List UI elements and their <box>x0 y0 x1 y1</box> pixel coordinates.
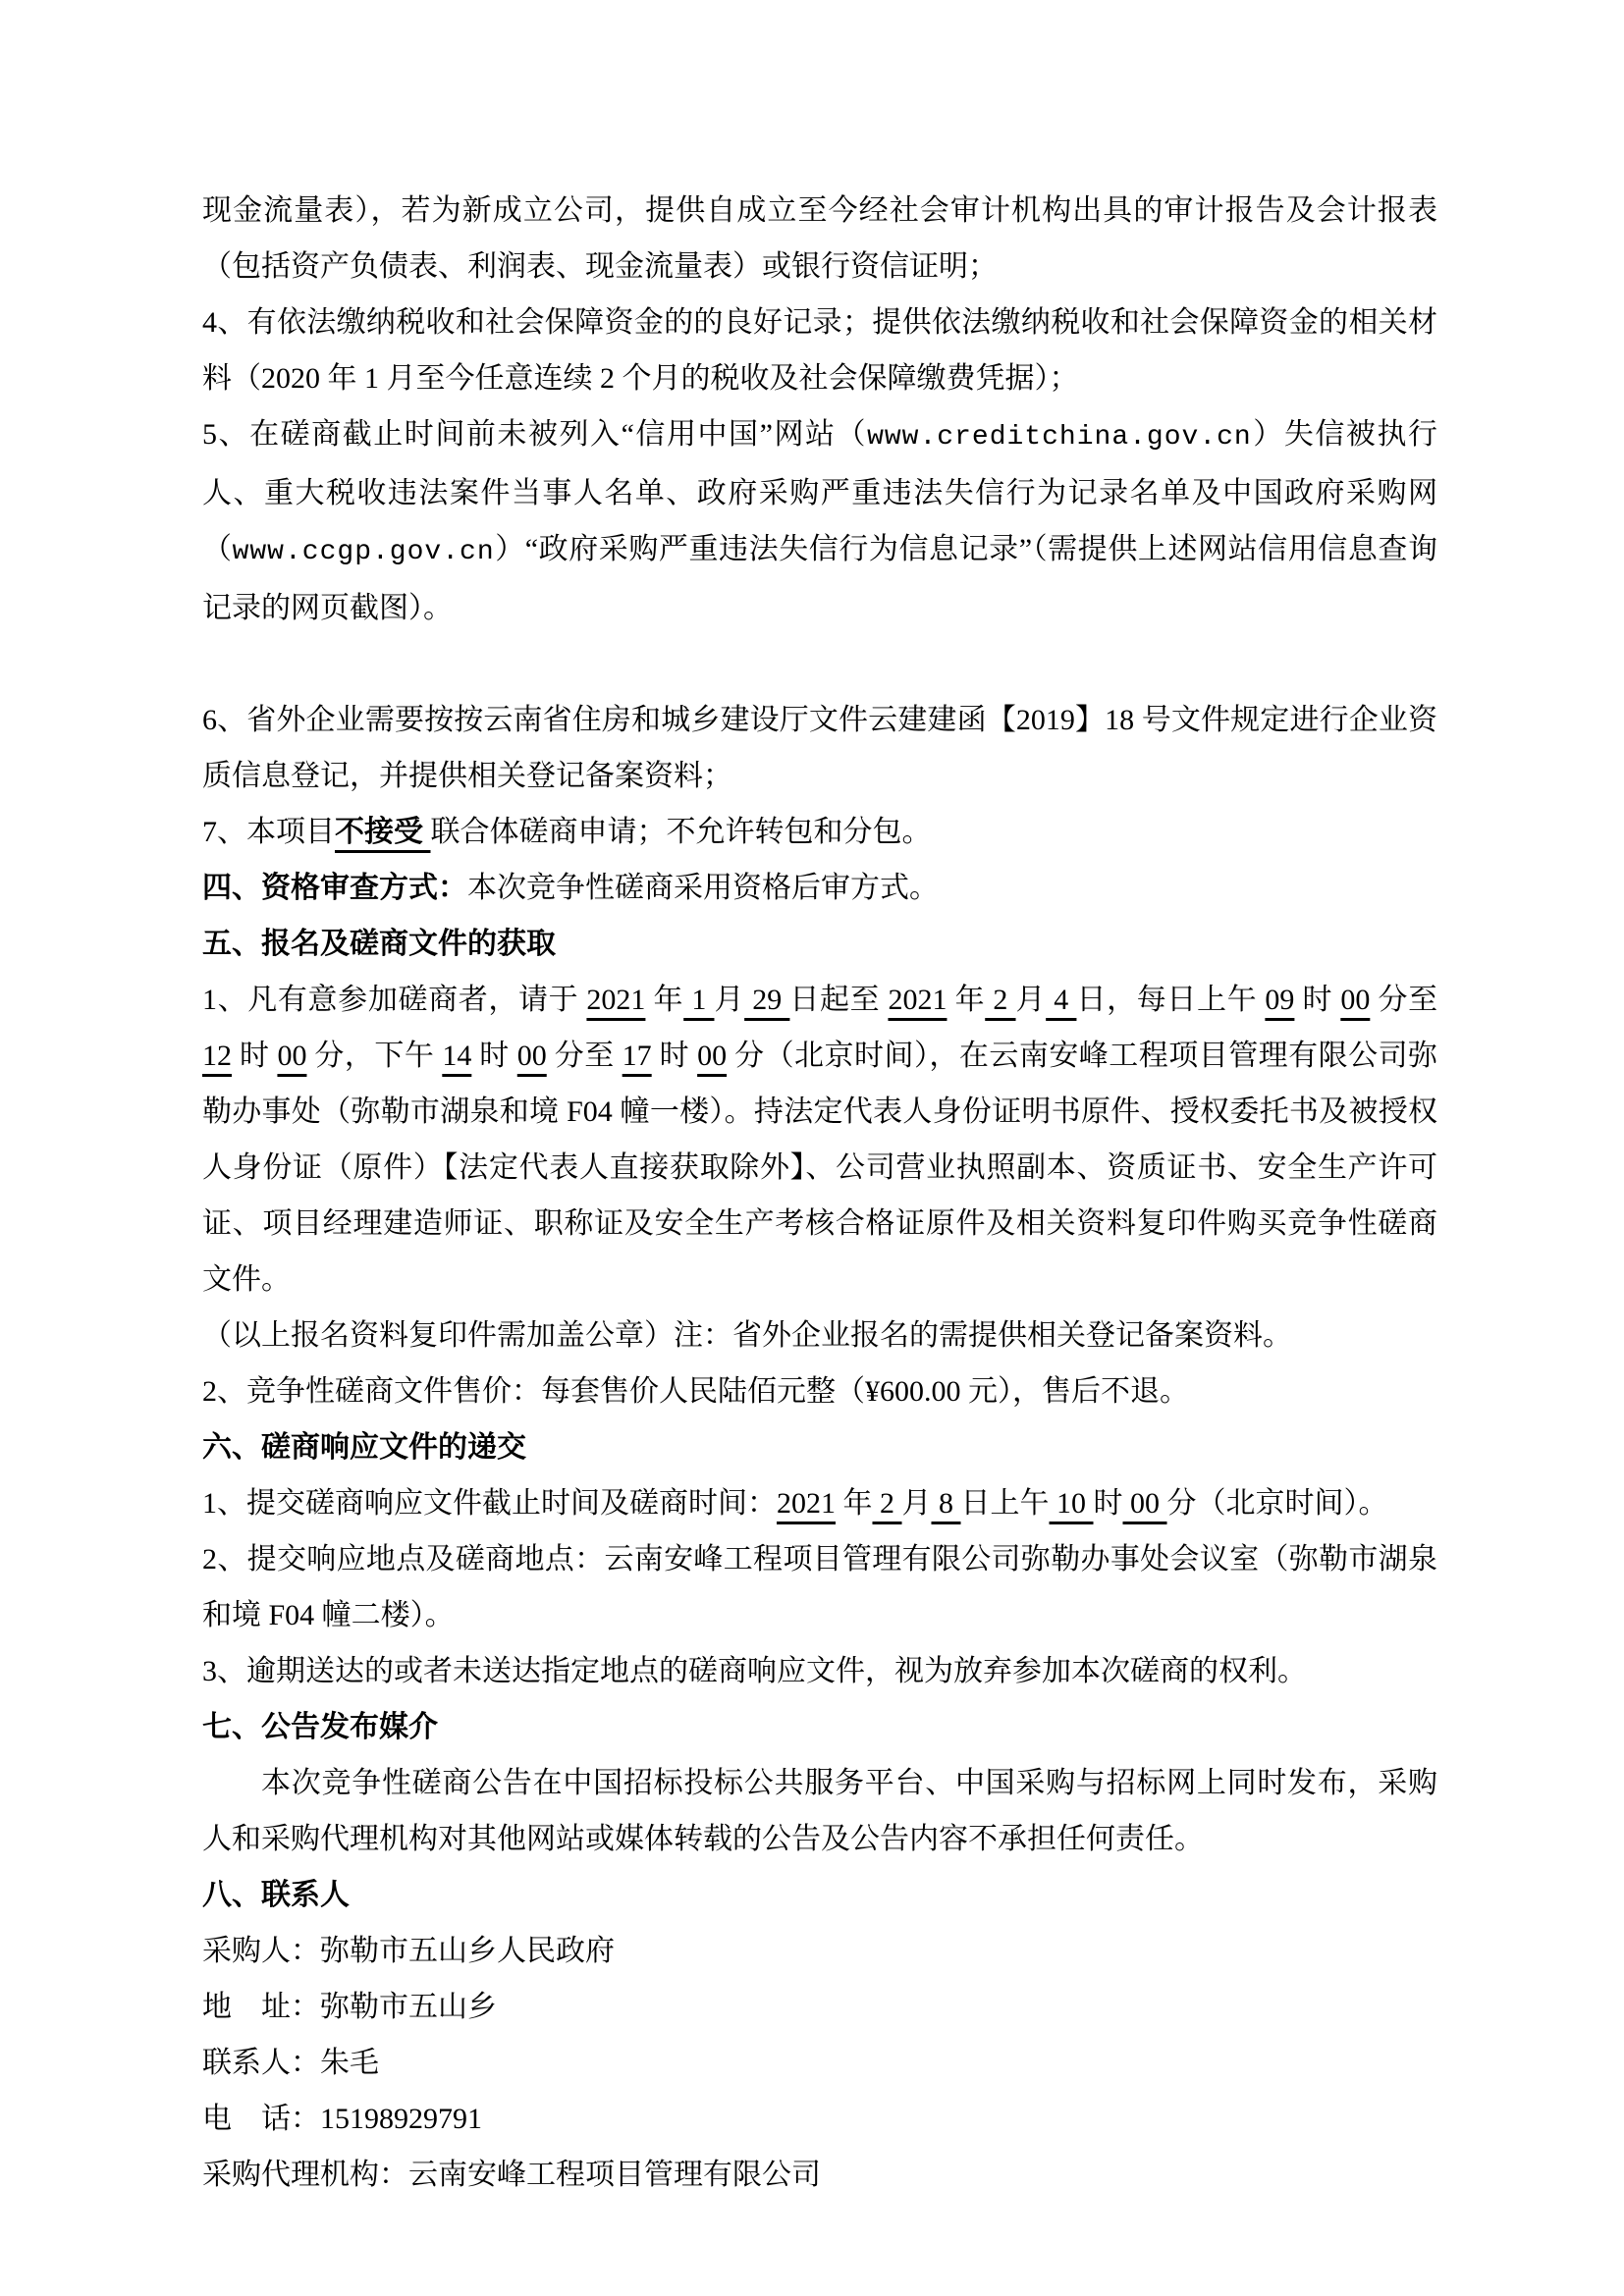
text-run: 四、资格审查方式： <box>202 872 467 904</box>
document-paragraph: 1、凡有意参加磋商者，请于 2021 年 1 月 29 日起至 2021 年 2… <box>202 972 1437 1308</box>
text-run: 2、竞争性磋商文件售价：每套售价人民陆佰元整（¥600.00 元），售后不退。 <box>202 1375 1189 1408</box>
text-run: 4 <box>1046 984 1076 1016</box>
document-page: 现金流量表），若为新成立公司，提供自成立至今经社会审计机构出具的审计报告及会计报… <box>0 0 1624 2296</box>
text-run: 2021 <box>586 984 645 1016</box>
document-paragraph: 联系人：朱毛 <box>202 2035 1437 2091</box>
text-run: 1、提交磋商响应文件截止时间及磋商时间： <box>202 1487 777 1520</box>
text-run: 1、凡有意参加磋商者，请于 <box>202 984 586 1016</box>
text-run: 本次竞争性磋商公告在中国招标投标公共服务平台、中国采购与招标网上同时发布，采购人… <box>202 1767 1437 1855</box>
text-run: 七、公告发布媒介 <box>202 1711 438 1743</box>
text-run: 7、本项目 <box>202 816 335 848</box>
text-run: 12 <box>202 1040 232 1072</box>
text-run: 8 <box>932 1487 961 1520</box>
text-run: 3、逾期送达的或者未送达指定地点的磋商响应文件，视为放弃参加本次磋商的权利。 <box>202 1655 1307 1687</box>
text-run: 14 <box>442 1040 471 1072</box>
text-run: 日，每日上午 <box>1076 984 1265 1016</box>
document-paragraph: 七、公告发布媒介 <box>202 1699 1437 1755</box>
text-run: 不接受 <box>335 816 431 848</box>
document-paragraph: 现金流量表），若为新成立公司，提供自成立至今经社会审计机构出具的审计报告及会计报… <box>202 183 1437 294</box>
document-paragraph: 4、有依法缴纳税收和社会保障资金的的良好记录；提供依法缴纳税收和社会保障资金的相… <box>202 294 1437 406</box>
document-paragraph: 地 址：弥勒市五山乡 <box>202 1979 1437 2035</box>
text-run: 分（北京时间），在云南安峰工程项目管理有限公司弥勒办事处（弥勒市湖泉和境 F04… <box>202 1040 1437 1296</box>
text-run: 分至 <box>1370 984 1437 1016</box>
document-paragraph: 1、提交磋商响应文件截止时间及磋商时间：2021 年 2 月 8 日上午 10 … <box>202 1475 1437 1531</box>
text-run: 六、磋商响应文件的递交 <box>202 1431 526 1464</box>
text-run: 分（北京时间）。 <box>1167 1487 1388 1520</box>
document-paragraph: 电 话：15198929791 <box>202 2091 1437 2147</box>
text-run: 时 <box>1094 1487 1123 1520</box>
text-run: 采购人：弥勒市五山乡人民政府 <box>202 1935 615 1967</box>
text-run: 五、报名及磋商文件的获取 <box>202 928 556 960</box>
text-run: 采购代理机构：云南安峰工程项目管理有限公司 <box>202 2159 821 2191</box>
text-run: 年 <box>947 984 985 1016</box>
document-paragraph: 2、竞争性磋商文件售价：每套售价人民陆佰元整（¥600.00 元），售后不退。 <box>202 1363 1437 1419</box>
text-run: 电 话：15198929791 <box>202 2103 482 2135</box>
text-run: （以上报名资料复印件需加盖公章）注：省外企业报名的需提供相关登记备案资料。 <box>202 1319 1292 1352</box>
text-run: 00 <box>517 1040 547 1072</box>
text-run: 月 <box>714 984 744 1016</box>
text-run: 2 <box>873 1487 902 1520</box>
document-paragraph: 采购代理机构：云南安峰工程项目管理有限公司 <box>202 2147 1437 2203</box>
text-run: 时 <box>471 1040 516 1072</box>
text-run: 2021 <box>777 1487 836 1520</box>
document-paragraph: （以上报名资料复印件需加盖公章）注：省外企业报名的需提供相关登记备案资料。 <box>202 1308 1437 1363</box>
text-run: 八、联系人 <box>202 1879 350 1911</box>
text-run: 年 <box>645 984 683 1016</box>
text-run: 时 <box>1294 984 1340 1016</box>
text-run: 4、有依法缴纳税收和社会保障资金的的良好记录；提供依法缴纳税收和社会保障资金的相… <box>202 306 1437 395</box>
text-run: 分至 <box>547 1040 623 1072</box>
text-run: 年 <box>836 1487 873 1520</box>
document-paragraph: 2、提交响应地点及磋商地点：云南安峰工程项目管理有限公司弥勒办事处会议室（弥勒市… <box>202 1531 1437 1643</box>
document-paragraph: 八、联系人 <box>202 1867 1437 1923</box>
text-run: 日上午 <box>961 1487 1050 1520</box>
text-run: 地 址：弥勒市五山乡 <box>202 1991 497 2023</box>
document-paragraph: 五、报名及磋商文件的获取 <box>202 916 1437 972</box>
document-paragraph: 6、省外企业需要按按云南省住房和城乡建设厅文件云建建函【2019】18 号文件规… <box>202 692 1437 804</box>
text-run: 00 <box>1340 984 1370 1016</box>
document-paragraph: 3、逾期送达的或者未送达指定地点的磋商响应文件，视为放弃参加本次磋商的权利。 <box>202 1643 1437 1699</box>
text-run: 联合体磋商申请；不允许转包和分包。 <box>431 816 932 848</box>
text-run: 2021 <box>888 984 947 1016</box>
text-run: www.ccgp.gov.cn <box>233 537 495 567</box>
document-paragraph: 5、在磋商截止时间前未被列入“信用中国”网站（www.creditchina.g… <box>202 406 1437 636</box>
text-run: 29 <box>744 984 789 1016</box>
text-run: 1 <box>683 984 714 1016</box>
document-paragraph: 四、资格审查方式：本次竞争性磋商采用资格后审方式。 <box>202 860 1437 916</box>
text-run: www.creditchina.gov.cn <box>867 422 1252 453</box>
text-run: 月 <box>1016 984 1047 1016</box>
text-run: 分，下午 <box>306 1040 442 1072</box>
text-run: 联系人：朱毛 <box>202 2047 379 2079</box>
text-run: 现金流量表），若为新成立公司，提供自成立至今经社会审计机构出具的审计报告及会计报… <box>202 194 1437 283</box>
text-run: 日起至 <box>789 984 888 1016</box>
text-run: 17 <box>623 1040 652 1072</box>
text-run: 2 <box>985 984 1015 1016</box>
text-run: 时 <box>232 1040 277 1072</box>
text-run: 10 <box>1050 1487 1094 1520</box>
text-run: 00 <box>1123 1487 1167 1520</box>
blank-line <box>202 636 1437 692</box>
document-paragraph: 7、本项目不接受 联合体磋商申请；不允许转包和分包。 <box>202 804 1437 860</box>
document-paragraph: 本次竞争性磋商公告在中国招标投标公共服务平台、中国采购与招标网上同时发布，采购人… <box>202 1755 1437 1867</box>
text-run: 本次竞争性磋商采用资格后审方式。 <box>467 872 939 904</box>
text-run: 月 <box>902 1487 932 1520</box>
document-paragraph: 采购人：弥勒市五山乡人民政府 <box>202 1923 1437 1979</box>
text-run: 09 <box>1265 984 1294 1016</box>
document-content: 现金流量表），若为新成立公司，提供自成立至今经社会审计机构出具的审计报告及会计报… <box>202 183 1437 2203</box>
text-run: 00 <box>277 1040 306 1072</box>
text-run: 时 <box>652 1040 697 1072</box>
text-run: 2、提交响应地点及磋商地点：云南安峰工程项目管理有限公司弥勒办事处会议室（弥勒市… <box>202 1543 1437 1631</box>
text-run: 6、省外企业需要按按云南省住房和城乡建设厅文件云建建函【2019】18 号文件规… <box>202 704 1437 792</box>
text-run: 00 <box>697 1040 727 1072</box>
document-paragraph: 六、磋商响应文件的递交 <box>202 1419 1437 1475</box>
text-run: 5、在磋商截止时间前未被列入“信用中国”网站（ <box>202 418 867 451</box>
